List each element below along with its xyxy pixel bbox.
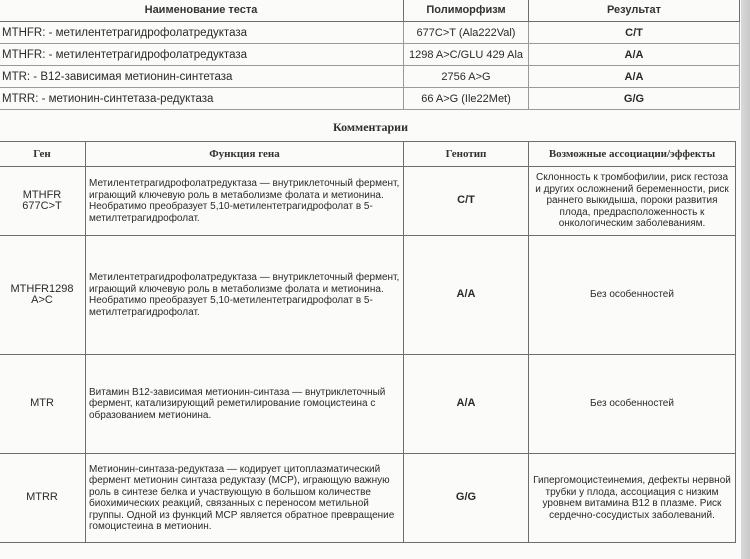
result: G/G	[529, 88, 740, 110]
genotype: G/G	[404, 454, 529, 543]
gene-function: Метилентетрагидрофолатредуктаза — внутри…	[86, 236, 404, 355]
test-name: MTRR: - метионин-синтетаза-редуктаза	[0, 88, 404, 110]
results-table: Наименование теста Полиморфизм Результат…	[0, 0, 740, 110]
comments-table: Ген Функция гена Генотип Возможные ассоц…	[0, 141, 736, 543]
header-result: Результат	[529, 0, 740, 22]
comments-header-row: Ген Функция гена Генотип Возможные ассоц…	[0, 142, 736, 167]
associations: Гипергомоцистеинемия, дефекты нервной тр…	[529, 454, 736, 543]
associations: Без особенностей	[529, 236, 736, 355]
test-name: MTHFR: - метилентетрагидрофолатредуктаза	[0, 22, 404, 44]
polymorphism: 66 A>G (Ile22Met)	[404, 88, 529, 110]
gene-function: Витамин B12-зависимая метионин-синтаза —…	[86, 355, 404, 454]
results-header-row: Наименование теста Полиморфизм Результат	[0, 0, 740, 22]
genotype: C/T	[404, 167, 529, 236]
gene-function: Метионин-синтаза-редуктаза — кодирует ци…	[86, 454, 404, 543]
comments-row: MTR Витамин B12-зависимая метионин-синта…	[0, 355, 736, 454]
gene: MTR	[0, 355, 86, 454]
header-function: Функция гена	[86, 142, 404, 167]
polymorphism: 1298 A>C/GLU 429 Ala	[404, 44, 529, 66]
test-name: MTHFR: - метилентетрагидрофолатредуктаза	[0, 44, 404, 66]
result: A/A	[529, 66, 740, 88]
gene: MTRR	[0, 454, 86, 543]
genotype: A/A	[404, 355, 529, 454]
header-polymorphism: Полиморфизм	[404, 0, 529, 22]
associations: Склонность к тромбофилии, риск гестоза и…	[529, 167, 736, 236]
gene: MTHFR1298 A>C	[0, 236, 86, 355]
comments-row: MTRR Метионин-синтаза-редуктаза — кодиру…	[0, 454, 736, 543]
comments-row: MTHFR 677C>T Метилентетрагидрофолатредук…	[0, 167, 736, 236]
results-row: MTHFR: - метилентетрагидрофолатредуктаза…	[0, 22, 740, 44]
header-genotype: Генотип	[404, 142, 529, 167]
gene-function: Метилентетрагидрофолатредуктаза — внутри…	[86, 167, 404, 236]
results-row: MTRR: - метионин-синтетаза-редуктаза 66 …	[0, 88, 740, 110]
header-test-name: Наименование теста	[0, 0, 404, 22]
results-row: MTHFR: - метилентетрагидрофолатредуктаза…	[0, 44, 740, 66]
gene: MTHFR 677C>T	[0, 167, 86, 236]
test-name: MTR: - B12-зависимая метионин-синтетаза	[0, 66, 404, 88]
result: C/T	[529, 22, 740, 44]
comments-heading: Комментарии	[0, 120, 741, 135]
polymorphism: 2756 A>G	[404, 66, 529, 88]
comments-row: MTHFR1298 A>C Метилентетрагидрофолатреду…	[0, 236, 736, 355]
polymorphism: 677C>T (Ala222Val)	[404, 22, 529, 44]
genotype: A/A	[404, 236, 529, 355]
results-row: MTR: - B12-зависимая метионин-синтетаза …	[0, 66, 740, 88]
header-associations: Возможные ассоциации/эффекты	[529, 142, 736, 167]
associations: Без особенностей	[529, 355, 736, 454]
scan-edge-shadow	[741, 0, 750, 559]
result: A/A	[529, 44, 740, 66]
header-gene: Ген	[0, 142, 86, 167]
